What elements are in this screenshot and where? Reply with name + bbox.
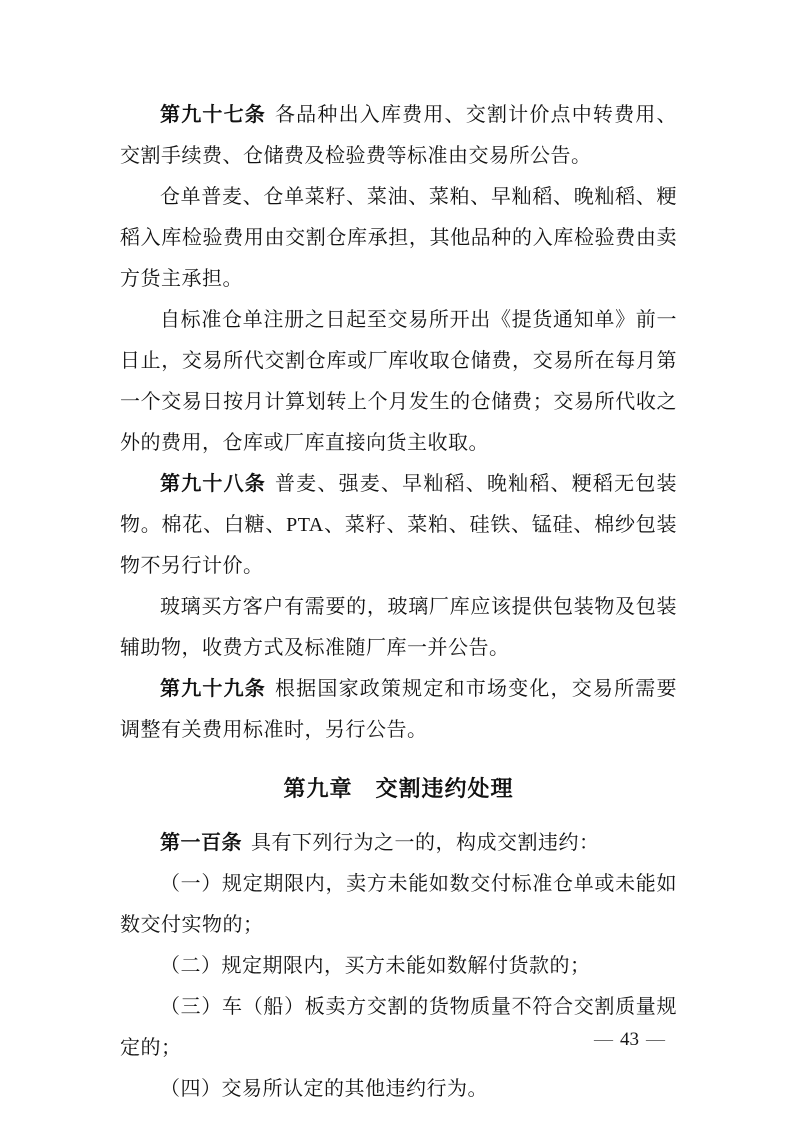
article-97-number: 第九十七条 bbox=[160, 104, 266, 126]
footer-right-dash: — bbox=[639, 1029, 672, 1050]
paragraph-warehouse-inspection-fee: 仓单普麦、仓单菜籽、菜油、菜粕、早籼稻、晚籼稻、粳稻入库检验费用由交割仓库承担，… bbox=[120, 177, 677, 300]
paragraph-text: 自标准仓单注册之日起至交易所开出《提货通知单》前一日止，交易所代交割仓库或厂库收… bbox=[120, 309, 677, 454]
document-page: 第九十七条各品种出入库费用、交割计价点中转费用、交割手续费、仓储费及检验费等标准… bbox=[0, 0, 793, 1122]
article-100-text: 具有下列行为之一的，构成交割违约： bbox=[251, 832, 600, 854]
list-item-2: （二）规定期限内，买方未能如数解付货款的； bbox=[120, 946, 677, 987]
paragraph-article-100: 第一百条具有下列行为之一的，构成交割违约： bbox=[120, 823, 677, 864]
footer-left-dash: — bbox=[587, 1029, 620, 1050]
article-100-number: 第一百条 bbox=[160, 832, 242, 854]
paragraph-glass-packaging: 玻璃买方客户有需要的，玻璃厂库应该提供包装物及包装辅助物，收费方式及标准随厂库一… bbox=[120, 587, 677, 669]
paragraph-storage-fee-collection: 自标准仓单注册之日起至交易所开出《提货通知单》前一日止，交易所代交割仓库或厂库收… bbox=[120, 300, 677, 464]
paragraph-article-98: 第九十八条普麦、强麦、早籼稻、晚籼稻、粳稻无包装物。棉花、白糖、PTA、菜籽、菜… bbox=[120, 464, 677, 587]
list-item-1: （一）规定期限内，卖方未能如数交付标准仓单或未能如数交付实物的； bbox=[120, 864, 677, 946]
paragraph-article-97: 第九十七条各品种出入库费用、交割计价点中转费用、交割手续费、仓储费及检验费等标准… bbox=[120, 95, 677, 177]
article-98-number: 第九十八条 bbox=[160, 473, 266, 495]
list-item-text: （二）规定期限内，买方未能如数解付货款的； bbox=[160, 955, 591, 977]
page-footer: —43— bbox=[587, 1028, 672, 1052]
list-item-text: （四）交易所认定的其他违约行为。 bbox=[160, 1078, 488, 1100]
document-body: 第九十七条各品种出入库费用、交割计价点中转费用、交割手续费、仓储费及检验费等标准… bbox=[120, 95, 677, 1110]
chapter-9-heading: 第九章 交割违约处理 bbox=[120, 765, 677, 813]
paragraph-text: 玻璃买方客户有需要的，玻璃厂库应该提供包装物及包装辅助物，收费方式及标准随厂库一… bbox=[120, 596, 677, 659]
list-item-4: （四）交易所认定的其他违约行为。 bbox=[120, 1069, 677, 1110]
paragraph-article-99: 第九十九条根据国家政策规定和市场变化，交易所需要调整有关费用标准时，另行公告。 bbox=[120, 669, 677, 751]
list-item-text: （一）规定期限内，卖方未能如数交付标准仓单或未能如数交付实物的； bbox=[120, 873, 677, 936]
paragraph-text: 仓单普麦、仓单菜籽、菜油、菜粕、早籼稻、晚籼稻、粳稻入库检验费用由交割仓库承担，… bbox=[120, 186, 677, 290]
article-99-number: 第九十九条 bbox=[160, 678, 266, 700]
page-number: 43 bbox=[620, 1029, 639, 1050]
